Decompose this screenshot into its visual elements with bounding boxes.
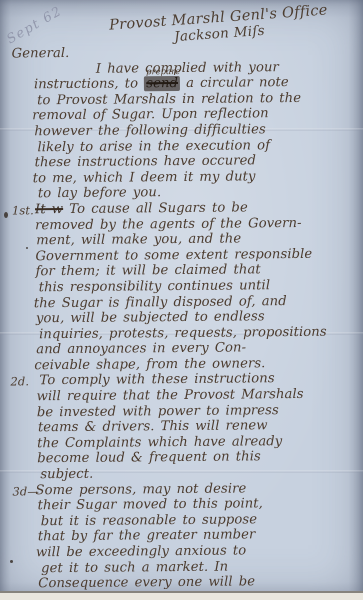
list-marker: 3d—	[12, 484, 39, 500]
letter-line: Consequence every one will be	[38, 574, 361, 592]
list-marker: 1st.	[12, 203, 34, 219]
letter-body: General. I have complied with yourinstru…	[0, 43, 363, 600]
struck-out-word: sendprepare	[144, 76, 180, 92]
inserted-word: prepare	[146, 68, 180, 77]
list-marker: 2d.	[10, 375, 29, 391]
letter-scan: Sept 62 Provost Marshl Genl's Office Jac…	[0, 0, 363, 600]
scan-bottom-margin	[0, 591, 363, 600]
struck-out-word: It w	[35, 202, 63, 218]
letter-lines: I have complied with yourinstructions, t…	[34, 59, 362, 592]
pencil-docket-note: Sept 62	[4, 4, 65, 48]
